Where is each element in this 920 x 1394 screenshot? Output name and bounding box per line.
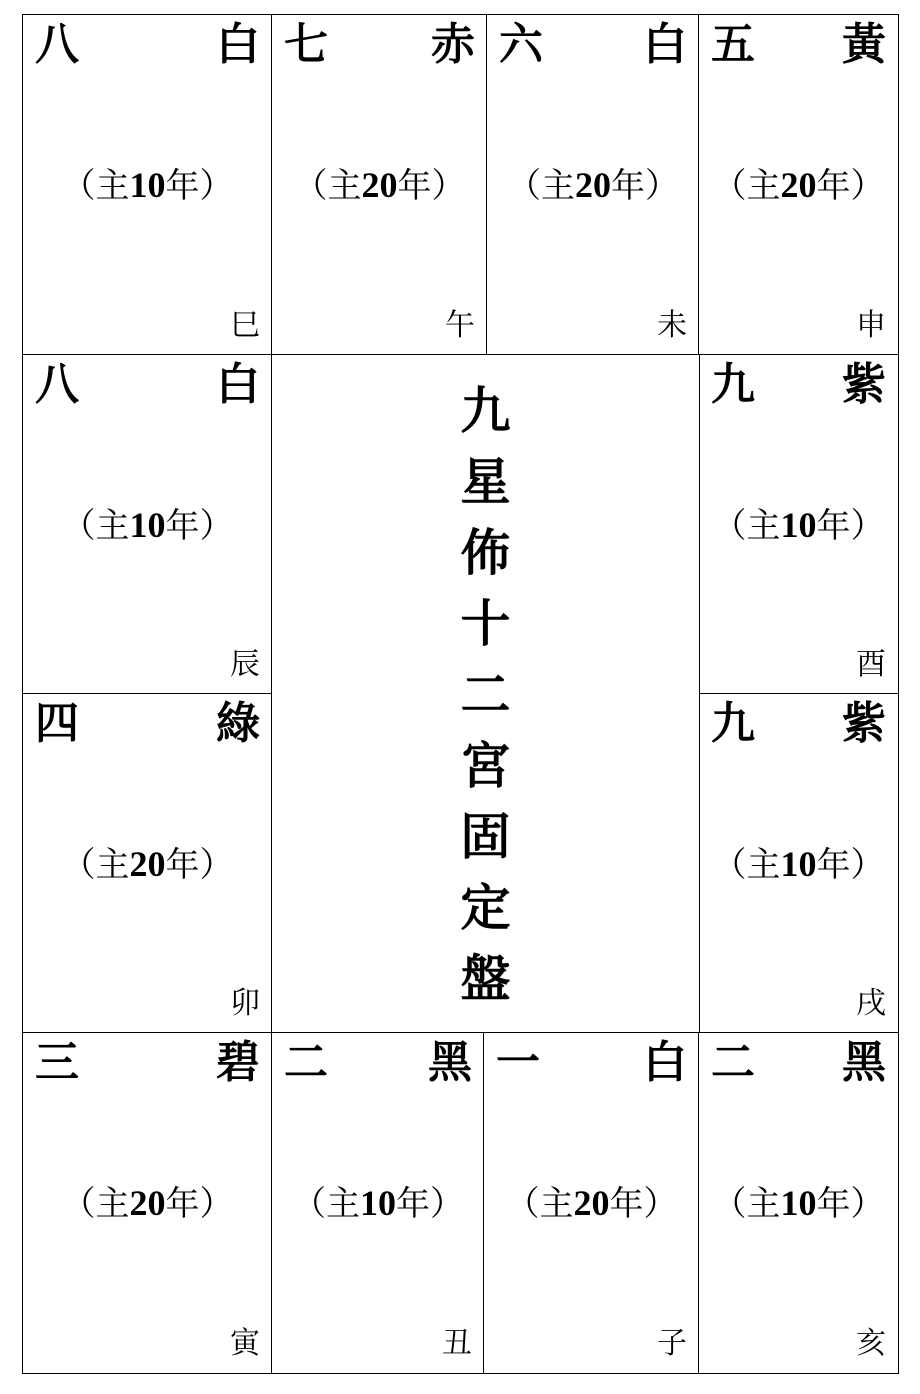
ruling-years: （主20年） xyxy=(23,1185,272,1221)
title-char: 佈 xyxy=(461,517,511,588)
star-number: 三 xyxy=(35,1041,79,1085)
ruling-years: （主20年） xyxy=(699,167,898,203)
title-char: 二 xyxy=(461,659,511,730)
star-color: 赤 xyxy=(431,23,475,67)
star-number: 七 xyxy=(284,23,328,67)
star-color: 白 xyxy=(216,363,260,407)
ruling-years: （主20年） xyxy=(487,167,699,203)
star-number: 九 xyxy=(711,363,755,407)
star-color: 白 xyxy=(216,23,260,67)
earthly-branch: 酉 xyxy=(856,650,886,680)
earthly-branch: 巳 xyxy=(230,311,260,341)
title-char: 定 xyxy=(461,872,511,943)
palace-you: 九 紫 （主10年） 酉 xyxy=(698,354,899,695)
star-color: 綠 xyxy=(216,702,260,746)
star-color: 碧 xyxy=(216,1041,260,1085)
ruling-years: （主10年） xyxy=(272,1185,484,1221)
star-number: 四 xyxy=(35,702,79,746)
earthly-branch: 辰 xyxy=(230,650,260,680)
center-title-panel: 九 星 佈 十 二 宮 固 定 盤 xyxy=(271,354,700,1034)
star-color: 紫 xyxy=(842,702,886,746)
title-char: 九 xyxy=(461,375,511,446)
star-number: 五 xyxy=(711,23,755,67)
palace-shen: 五 黃 （主20年） 申 xyxy=(698,14,899,356)
palace-chen: 八 白 （主10年） 辰 xyxy=(22,354,273,695)
palace-si: 八 白 （主10年） 巳 xyxy=(22,14,273,356)
palace-mao: 四 綠 （主20年） 卯 xyxy=(22,693,273,1034)
palace-yin: 三 碧 （主20年） 寅 xyxy=(22,1032,273,1374)
earthly-branch: 子 xyxy=(657,1329,687,1359)
star-number: 八 xyxy=(35,363,79,407)
star-color: 白 xyxy=(643,1041,687,1085)
title-char: 星 xyxy=(461,446,511,517)
ruling-years: （主10年） xyxy=(699,507,898,543)
star-number: 一 xyxy=(496,1041,540,1085)
star-color: 黃 xyxy=(842,23,886,67)
earthly-branch: 亥 xyxy=(856,1329,886,1359)
star-number: 二 xyxy=(284,1041,328,1085)
nine-star-twelve-palace-board: 八 白 （主10年） 巳 七 赤 （主20年） 午 六 白 （主20年） 未 五… xyxy=(22,14,896,1371)
ruling-years: （主10年） xyxy=(699,846,898,882)
star-color: 白 xyxy=(643,23,687,67)
title-char: 宮 xyxy=(461,730,511,801)
palace-xu: 九 紫 （主10年） 戌 xyxy=(698,693,899,1034)
palace-zi: 一 白 （主20年） 子 xyxy=(483,1032,700,1374)
star-color: 黑 xyxy=(428,1041,472,1085)
ruling-years: （主20年） xyxy=(23,846,272,882)
star-number: 六 xyxy=(499,23,543,67)
title-char: 固 xyxy=(461,801,511,872)
title-char: 盤 xyxy=(461,943,511,1014)
star-number: 二 xyxy=(711,1041,755,1085)
earthly-branch: 卯 xyxy=(230,989,260,1019)
ruling-years: （主10年） xyxy=(699,1185,898,1221)
star-number: 八 xyxy=(35,23,79,67)
earthly-branch: 丑 xyxy=(442,1329,472,1359)
palace-wu: 七 赤 （主20年） 午 xyxy=(271,14,488,356)
earthly-branch: 午 xyxy=(445,311,475,341)
earthly-branch: 申 xyxy=(856,311,886,341)
star-number: 九 xyxy=(711,702,755,746)
earthly-branch: 戌 xyxy=(856,989,886,1019)
palace-hai: 二 黑 （主10年） 亥 xyxy=(698,1032,899,1374)
star-color: 黑 xyxy=(842,1041,886,1085)
earthly-branch: 寅 xyxy=(230,1329,260,1359)
ruling-years: （主20年） xyxy=(272,167,487,203)
palace-wei: 六 白 （主20年） 未 xyxy=(486,14,700,356)
ruling-years: （主20年） xyxy=(484,1185,699,1221)
earthly-branch: 未 xyxy=(657,311,687,341)
palace-chou: 二 黑 （主10年） 丑 xyxy=(271,1032,485,1374)
star-color: 紫 xyxy=(842,363,886,407)
title-char: 十 xyxy=(461,588,511,659)
ruling-years: （主10年） xyxy=(23,507,272,543)
ruling-years: （主10年） xyxy=(23,167,272,203)
